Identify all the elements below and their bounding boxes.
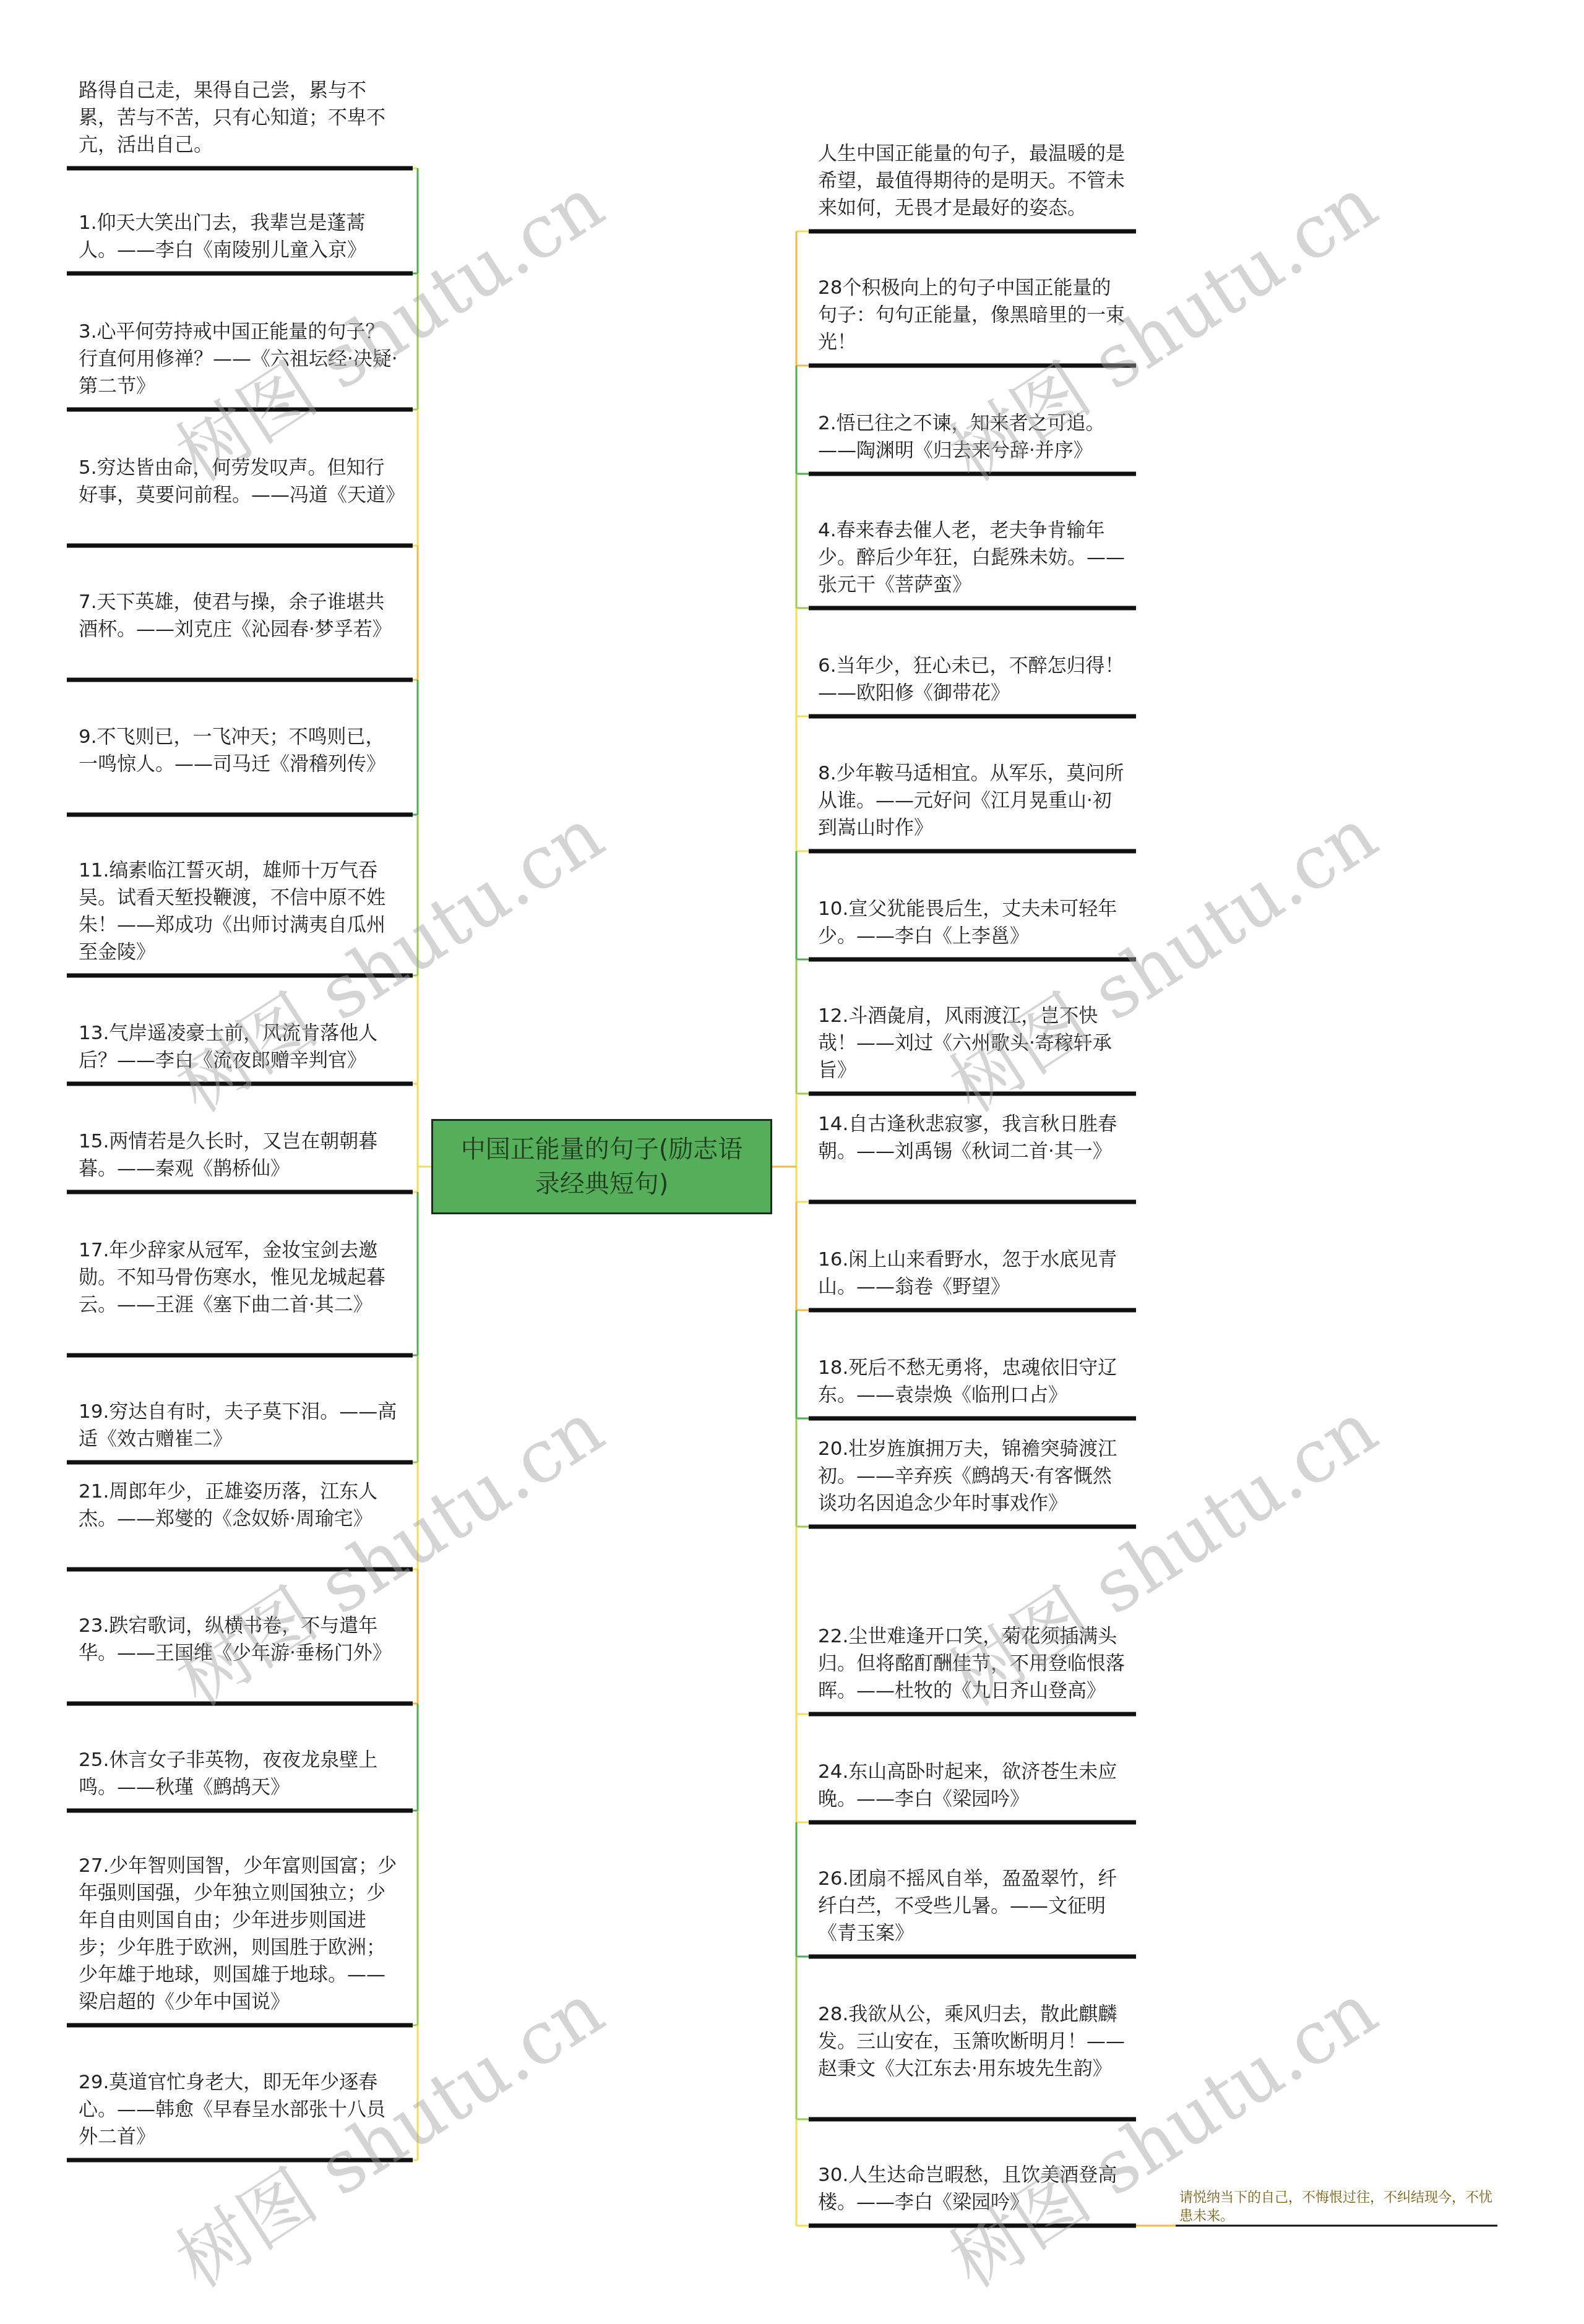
topic-text: 24.东山高卧时起来，欲济苍生未应晚。——李白《梁园吟》 [818,1758,1127,1812]
right-topic-node[interactable]: 26.团扇不摇风自举，盈盈翠竹，纤纤白苎，不受些儿暑。——文征明《青玉案》 [818,1865,1127,1947]
right-topic-node[interactable]: 10.宣父犹能畏后生，丈夫未可轻年少。——李白《上李邕》 [818,895,1127,950]
topic-text: 15.两情若是久长时，又岂在朝朝暮暮。——秦观《鹊桥仙》 [79,1128,400,1182]
left-topic-node[interactable]: 7.天下英雄，使君与操，余子谁堪共酒杯。——刘克庄《沁园春·梦孚若》 [79,588,400,643]
topic-text: 23.跌宕歌词，纵横书卷，不与遣年华。——王国维《少年游·垂杨门外》 [79,1612,400,1666]
topic-text: 3.心平何劳持戒中国正能量的句子？行直何用修禅？——《六祖坛经·决疑·第二节》 [79,318,400,400]
topic-text: 28.我欲从公，乘风归去，散此麒麟发。三山安在，玉箫吹断明月！——赵秉文《大江东… [818,2000,1127,2082]
right-topic-node[interactable]: 28个积极向上的句子中国正能量的句子：句句正能量，像黑暗里的一束光！ [818,274,1127,356]
topic-text: 27.少年智则国智，少年富则国富；少年强则国强，少年独立则国独立；少年自由则国自… [79,1852,400,2015]
topic-text: 22.尘世难逢开口笑，菊花须插满头归。但将酩酊酬佳节，不用登临恨落晖。——杜牧的… [818,1623,1127,1704]
left-topic-node[interactable]: 15.两情若是久长时，又岂在朝朝暮暮。——秦观《鹊桥仙》 [79,1128,400,1182]
mind-map-canvas: 路得自己走，果得自己尝，累与不累，苦与不苦，只有心知道；不卑不亢，活出自己。1.… [0,0,1584,2324]
left-topic-node[interactable]: 27.少年智则国智，少年富则国富；少年强则国强，少年独立则国独立；少年自由则国自… [79,1852,400,2015]
left-topic-node[interactable]: 5.穷达皆由命，何劳发叹声。但知行好事，莫要问前程。——冯道《天道》 [79,454,400,508]
topic-text: 1.仰天大笑出门去，我辈岂是蓬蒿人。——李白《南陵别儿童入京》 [79,209,400,264]
right-topic-node[interactable]: 16.闲上山来看野水，忽于水底见青山。——翁卷《野望》 [818,1246,1127,1300]
topic-text: 18.死后不愁无勇将，忠魂依旧守辽东。——袁崇焕《临刑口占》 [818,1354,1127,1409]
right-topic-node[interactable]: 18.死后不愁无勇将，忠魂依旧守辽东。——袁崇焕《临刑口占》 [818,1354,1127,1409]
topic-text: 12.斗酒彘肩，风雨渡江，岂不快哉！——刘过《六州歌头·寄稼轩承旨》 [818,1002,1127,1084]
topic-text: 28个积极向上的句子中国正能量的句子：句句正能量，像黑暗里的一束光！ [818,274,1127,356]
topic-text: 7.天下英雄，使君与操，余子谁堪共酒杯。——刘克庄《沁园春·梦孚若》 [79,588,400,643]
topic-text: 29.莫道官忙身老大，即无年少逐春心。——韩愈《早春呈水部张十八员外二首》 [79,2069,400,2150]
right-topic-node[interactable]: 22.尘世难逢开口笑，菊花须插满头归。但将酩酊酬佳节，不用登临恨落晖。——杜牧的… [818,1623,1127,1704]
topic-text: 14.自古逢秋悲寂寥，我言秋日胜春朝。——刘禹锡《秋词二首·其一》 [818,1110,1127,1165]
right-topic-node[interactable]: 24.东山高卧时起来，欲济苍生未应晚。——李白《梁园吟》 [818,1758,1127,1812]
left-topic-node[interactable]: 13.气岸遥凌豪士前，风流肯落他人后？——李白《流夜郎赠辛判官》 [79,1019,400,1074]
right-topic-node[interactable]: 20.壮岁旌旗拥万夫，锦襜突骑渡江初。——辛弃疾《鹧鸪天·有客慨然谈功名因追念少… [818,1435,1127,1517]
left-topic-node[interactable]: 1.仰天大笑出门去，我辈岂是蓬蒿人。——李白《南陵别儿童入京》 [79,209,400,264]
left-topic-node[interactable]: 21.周郎年少，正雄姿历落，江东人杰。——郑燮的《念奴娇·周瑜宅》 [79,1478,400,1532]
topic-text: 20.壮岁旌旗拥万夫，锦襜突骑渡江初。——辛弃疾《鹧鸪天·有客慨然谈功名因追念少… [818,1435,1127,1517]
root-topic-label: 中国正能量的句子(励志语录经典短句) [452,1132,752,1201]
right-topic-node[interactable]: 6.当年少，狂心未已，不醉怎归得！——欧阳修《御带花》 [818,652,1127,706]
left-topic-node[interactable]: 11.缟素临江誓灭胡，雄师十万气吞吴。试看天堑投鞭渡，不信中原不姓朱！——郑成功… [79,857,400,966]
right-topic-node[interactable]: 4.春来春去催人老，老夫争肯输年少。醉后少年狂，白髭殊未妨。——张元干《菩萨蛮》 [818,517,1127,598]
topic-text: 30.人生达命岂暇愁，且饮美酒登高楼。——李白《梁园吟》 [818,2161,1127,2216]
right-topic-node[interactable]: 2.悟已往之不谏，知来者之可追。——陶渊明《归去来兮辞·并序》 [818,409,1127,464]
topic-text: 19.穷达自有时，夫子莫下泪。——高适《效古赠崔二》 [79,1398,400,1452]
topic-text: 16.闲上山来看野水，忽于水底见青山。——翁卷《野望》 [818,1246,1127,1300]
right-topic-node[interactable]: 人生中国正能量的句子，最温暖的是希望，最值得期待的是明天。不管未来如何，无畏才是… [818,140,1127,221]
right-topic-node[interactable]: 30.人生达命岂暇愁，且饮美酒登高楼。——李白《梁园吟》 [818,2161,1127,2216]
right-topic-node[interactable]: 14.自古逢秋悲寂寥，我言秋日胜春朝。——刘禹锡《秋词二首·其一》 [818,1110,1127,1165]
topic-text: 25.休言女子非英物，夜夜龙泉壁上鸣。——秋瑾《鹧鸪天》 [79,1746,400,1801]
left-topic-node[interactable]: 19.穷达自有时，夫子莫下泪。——高适《效古赠崔二》 [79,1398,400,1452]
topic-text: 8.少年鞍马适相宜。从军乐，莫问所从谁。——元好问《江月晃重山·初到嵩山时作》 [818,760,1127,841]
sub-topic-node[interactable]: 请悦纳当下的自己，不悔恨过往，不纠结现今，不忧患未来。 [1179,2189,1501,2226]
root-topic-node[interactable]: 中国正能量的句子(励志语录经典短句) [431,1119,772,1214]
left-topic-node[interactable]: 17.年少辞家从冠军，金妆宝剑去邀勋。不知马骨伤寒水，惟见龙城起暮云。——王涯《… [79,1237,400,1318]
topic-text: 21.周郎年少，正雄姿历落，江东人杰。——郑燮的《念奴娇·周瑜宅》 [79,1478,400,1532]
topic-text: 4.春来春去催人老，老夫争肯输年少。醉后少年狂，白髭殊未妨。——张元干《菩萨蛮》 [818,517,1127,598]
topic-text: 11.缟素临江誓灭胡，雄师十万气吞吴。试看天堑投鞭渡，不信中原不姓朱！——郑成功… [79,857,400,966]
topic-text: 路得自己走，果得自己尝，累与不累，苦与不苦，只有心知道；不卑不亢，活出自己。 [79,77,400,158]
left-topic-node[interactable]: 9.不飞则已，一飞冲天；不鸣则已，一鸣惊人。——司马迁《滑稽列传》 [79,723,400,778]
left-topic-node[interactable]: 3.心平何劳持戒中国正能量的句子？行直何用修禅？——《六祖坛经·决疑·第二节》 [79,318,400,400]
topic-text: 9.不飞则已，一飞冲天；不鸣则已，一鸣惊人。——司马迁《滑稽列传》 [79,723,400,778]
right-topic-node[interactable]: 8.少年鞍马适相宜。从军乐，莫问所从谁。——元好问《江月晃重山·初到嵩山时作》 [818,760,1127,841]
topic-text: 13.气岸遥凌豪士前，风流肯落他人后？——李白《流夜郎赠辛判官》 [79,1019,400,1074]
left-topic-node[interactable]: 路得自己走，果得自己尝，累与不累，苦与不苦，只有心知道；不卑不亢，活出自己。 [79,77,400,158]
topic-text: 26.团扇不摇风自举，盈盈翠竹，纤纤白苎，不受些儿暑。——文征明《青玉案》 [818,1865,1127,1947]
left-topic-node[interactable]: 23.跌宕歌词，纵横书卷，不与遣年华。——王国维《少年游·垂杨门外》 [79,1612,400,1666]
sub-topic-label: 请悦纳当下的自己，不悔恨过往，不纠结现今，不忧患未来。 [1179,2190,1492,2224]
topic-text: 10.宣父犹能畏后生，丈夫未可轻年少。——李白《上李邕》 [818,895,1127,950]
left-topic-node[interactable]: 25.休言女子非英物，夜夜龙泉壁上鸣。——秋瑾《鹧鸪天》 [79,1746,400,1801]
topic-text: 6.当年少，狂心未已，不醉怎归得！——欧阳修《御带花》 [818,652,1127,706]
right-topic-node[interactable]: 12.斗酒彘肩，风雨渡江，岂不快哉！——刘过《六州歌头·寄稼轩承旨》 [818,1002,1127,1084]
topic-text: 2.悟已往之不谏，知来者之可追。——陶渊明《归去来兮辞·并序》 [818,409,1127,464]
left-topic-node[interactable]: 29.莫道官忙身老大，即无年少逐春心。——韩愈《早春呈水部张十八员外二首》 [79,2069,400,2150]
right-topic-node[interactable]: 28.我欲从公，乘风归去，散此麒麟发。三山安在，玉箫吹断明月！——赵秉文《大江东… [818,2000,1127,2082]
topic-text: 5.穷达皆由命，何劳发叹声。但知行好事，莫要问前程。——冯道《天道》 [79,454,400,508]
topic-text: 17.年少辞家从冠军，金妆宝剑去邀勋。不知马骨伤寒水，惟见龙城起暮云。——王涯《… [79,1237,400,1318]
topic-text: 人生中国正能量的句子，最温暖的是希望，最值得期待的是明天。不管未来如何，无畏才是… [818,140,1127,221]
